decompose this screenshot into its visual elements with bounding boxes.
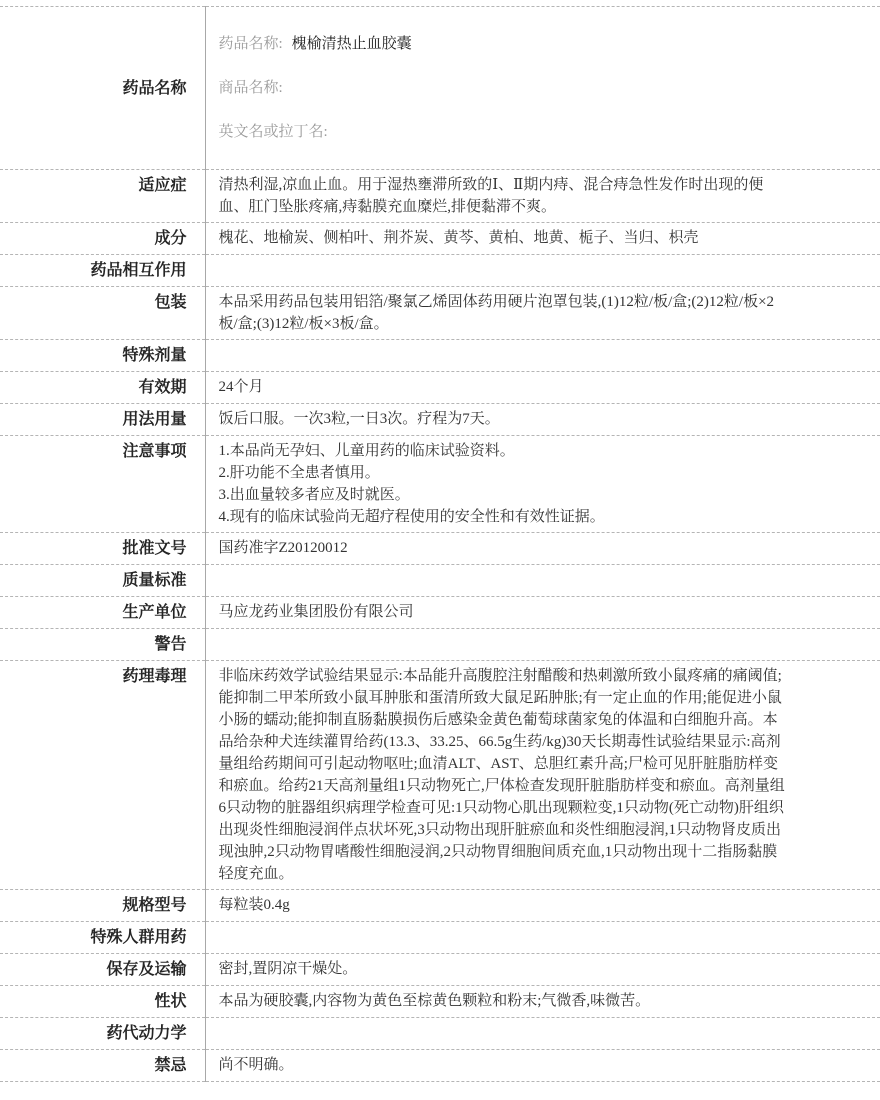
table-row-special-dosage: 特殊剂量 [0, 340, 880, 372]
table-row-shelf-life: 有效期 24个月 [0, 372, 880, 404]
table-row-storage-transport: 保存及运输 密封,置阴凉干燥处。 [0, 954, 880, 986]
row-value-drug-name: 药品名称:槐榆清热止血胶囊 商品名称: 英文名或拉丁名: [205, 7, 880, 170]
row-label-drug-interactions: 药品相互作用 [0, 255, 205, 287]
table-row-warning: 警告 [0, 629, 880, 661]
row-value-pharmacokinetics [205, 1018, 880, 1050]
row-label-special-dosage: 特殊剂量 [0, 340, 205, 372]
row-value-quality-standard [205, 565, 880, 597]
table-row-approval-number: 批准文号 国药准字Z20120012 [0, 533, 880, 565]
row-label-special-populations: 特殊人群用药 [0, 922, 205, 954]
row-value-approval-number: 国药准字Z20120012 [205, 533, 880, 565]
row-label-storage-transport: 保存及运输 [0, 954, 205, 986]
drug-info-page: 药品名称 药品名称:槐榆清热止血胶囊 商品名称: 英文名或拉丁名: 适应症 清热… [0, 6, 880, 1100]
drug-name-field-label: 药品名称: [219, 36, 283, 52]
table-row-drug-interactions: 药品相互作用 [0, 255, 880, 287]
table-row-quality-standard: 质量标准 [0, 565, 880, 597]
row-value-shelf-life: 24个月 [205, 372, 880, 404]
row-value-precautions: 1.本品尚无孕妇、儿童用药的临床试验资料。 2.肝功能不全患者慎用。 3.出血量… [205, 436, 880, 533]
table-row-usage-dosage: 用法用量 饭后口服。一次3粒,一日3次。疗程为7天。 [0, 404, 880, 436]
row-value-drug-interactions [205, 255, 880, 287]
row-label-manufacturer: 生产单位 [0, 597, 205, 629]
row-label-warning: 警告 [0, 629, 205, 661]
table-row-drug-name: 药品名称 药品名称:槐榆清热止血胶囊 商品名称: 英文名或拉丁名: [0, 7, 880, 170]
row-value-manufacturer: 马应龙药业集团股份有限公司 [205, 597, 880, 629]
row-value-indications: 清热利湿,凉血止血。用于湿热壅滞所致的Ⅰ、Ⅱ期内痔、混合痔急性发作时出现的便血、… [205, 170, 880, 223]
table-row-description: 性状 本品为硬胶囊,内容物为黄色至棕黄色颗粒和粉末;气微香,味微苦。 [0, 986, 880, 1018]
row-value-storage-transport: 密封,置阴凉干燥处。 [205, 954, 880, 986]
row-label-approval-number: 批准文号 [0, 533, 205, 565]
row-label-shelf-life: 有效期 [0, 372, 205, 404]
row-label-drug-name: 药品名称 [0, 7, 205, 170]
row-value-usage-dosage: 饭后口服。一次3粒,一日3次。疗程为7天。 [205, 404, 880, 436]
row-value-pharmacology-toxicology: 非临床药效学试验结果显示:本品能升高腹腔注射醋酸和热刺激所致小鼠疼痛的痛阈值;能… [205, 661, 880, 890]
drug-name-value: 槐榆清热止血胶囊 [292, 36, 412, 52]
row-label-quality-standard: 质量标准 [0, 565, 205, 597]
drug-name-line: 药品名称:槐榆清热止血胶囊 [219, 33, 793, 55]
row-label-usage-dosage: 用法用量 [0, 404, 205, 436]
row-value-contraindications: 尚不明确。 [205, 1050, 880, 1082]
row-label-specification: 规格型号 [0, 890, 205, 922]
trade-name-field-label: 商品名称: [219, 80, 283, 96]
table-row-indications: 适应症 清热利湿,凉血止血。用于湿热壅滞所致的Ⅰ、Ⅱ期内痔、混合痔急性发作时出现… [0, 170, 880, 223]
english-name-line: 英文名或拉丁名: [219, 121, 793, 143]
table-row-special-populations: 特殊人群用药 [0, 922, 880, 954]
row-value-specification: 每粒装0.4g [205, 890, 880, 922]
row-value-special-dosage [205, 340, 880, 372]
table-row-pharmacokinetics: 药代动力学 [0, 1018, 880, 1050]
row-value-ingredients: 槐花、地榆炭、侧柏叶、荆芥炭、黄芩、黄柏、地黄、栀子、当归、枳壳 [205, 223, 880, 255]
row-label-contraindications: 禁忌 [0, 1050, 205, 1082]
table-row-pharmacology-toxicology: 药理毒理 非临床药效学试验结果显示:本品能升高腹腔注射醋酸和热刺激所致小鼠疼痛的… [0, 661, 880, 890]
english-name-field-label: 英文名或拉丁名: [219, 124, 328, 140]
drug-info-table: 药品名称 药品名称:槐榆清热止血胶囊 商品名称: 英文名或拉丁名: 适应症 清热… [0, 6, 880, 1082]
row-label-pharmacology-toxicology: 药理毒理 [0, 661, 205, 890]
trade-name-line: 商品名称: [219, 77, 793, 99]
table-row-contraindications: 禁忌 尚不明确。 [0, 1050, 880, 1082]
row-label-description: 性状 [0, 986, 205, 1018]
table-row-specification: 规格型号 每粒装0.4g [0, 890, 880, 922]
table-row-ingredients: 成分 槐花、地榆炭、侧柏叶、荆芥炭、黄芩、黄柏、地黄、栀子、当归、枳壳 [0, 223, 880, 255]
row-label-precautions: 注意事项 [0, 436, 205, 533]
row-value-special-populations [205, 922, 880, 954]
row-value-description: 本品为硬胶囊,内容物为黄色至棕黄色颗粒和粉末;气微香,味微苦。 [205, 986, 880, 1018]
row-label-ingredients: 成分 [0, 223, 205, 255]
row-label-indications: 适应症 [0, 170, 205, 223]
row-label-packaging: 包装 [0, 287, 205, 340]
row-value-packaging: 本品采用药品包装用铝箔/聚氯乙烯固体药用硬片泡罩包装,(1)12粒/板/盒;(2… [205, 287, 880, 340]
table-row-manufacturer: 生产单位 马应龙药业集团股份有限公司 [0, 597, 880, 629]
table-row-precautions: 注意事项 1.本品尚无孕妇、儿童用药的临床试验资料。 2.肝功能不全患者慎用。 … [0, 436, 880, 533]
table-row-packaging: 包装 本品采用药品包装用铝箔/聚氯乙烯固体药用硬片泡罩包装,(1)12粒/板/盒… [0, 287, 880, 340]
row-label-pharmacokinetics: 药代动力学 [0, 1018, 205, 1050]
row-value-warning [205, 629, 880, 661]
